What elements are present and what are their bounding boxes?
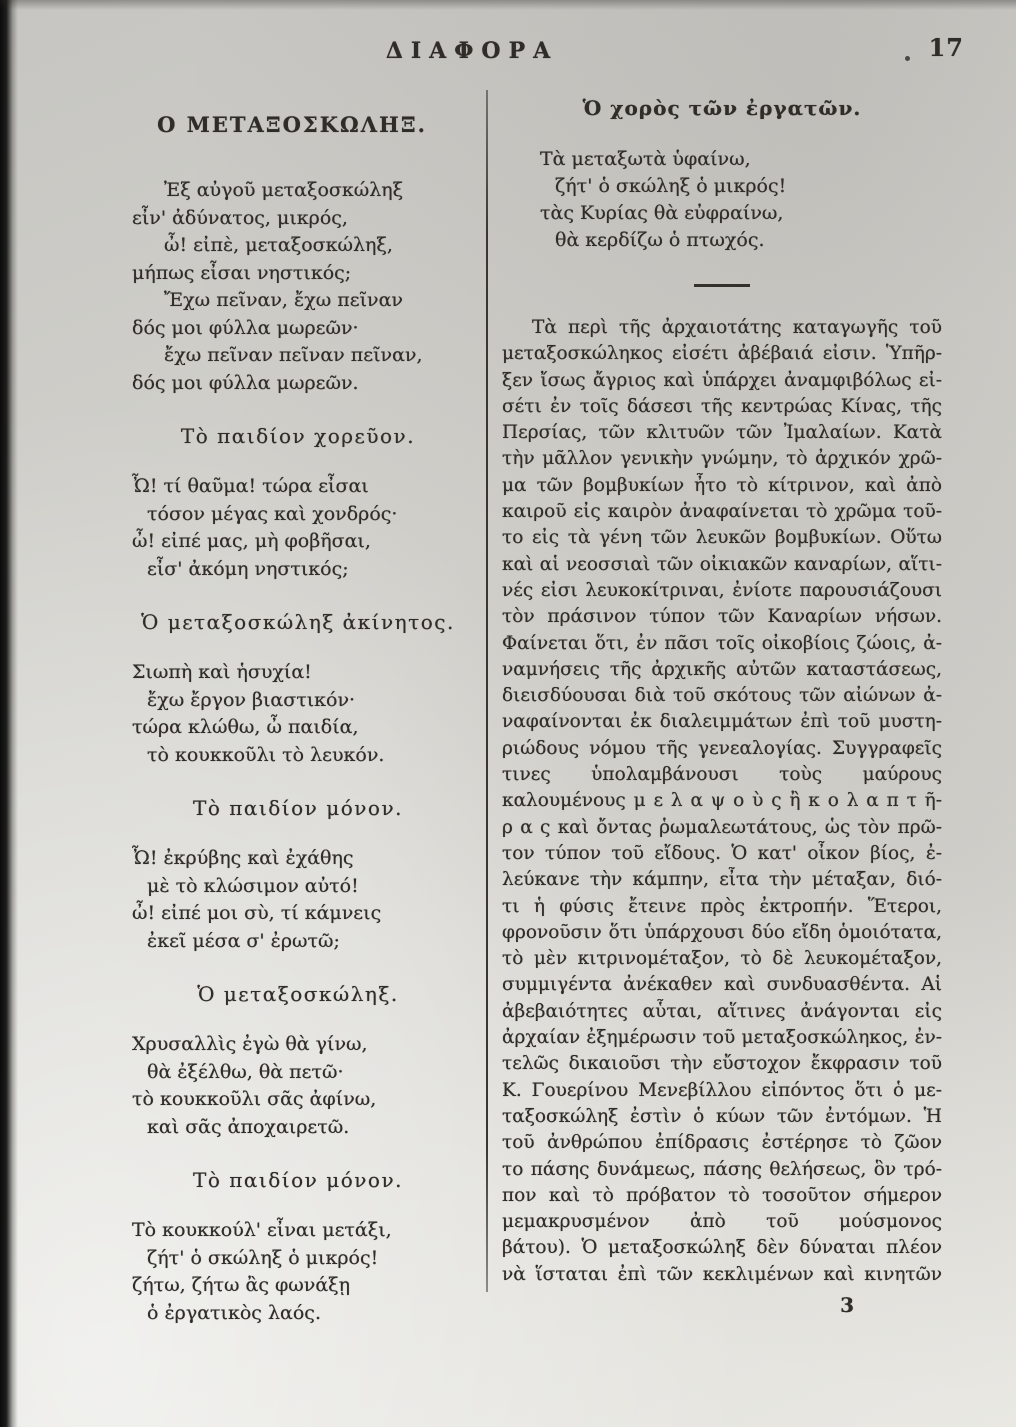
prose-line: καὶ αἱ νεοσσιαὶ τῶν οἰκιακῶν καναρίων, α…	[502, 552, 942, 578]
prose-line: σέτι ἐν τοῖς δάσεσι τῆς κεντρώας Κίνας, …	[502, 394, 942, 420]
poem-line: καὶ σᾶς ἀποχαιρετῶ.	[132, 1114, 484, 1142]
ink-spot	[905, 56, 910, 61]
poem-line: τὸ κουκκοῦλι σᾶς ἀφίνω,	[132, 1086, 484, 1114]
prose-line: τὸν πράσινον τύπον τῶν Καναρίων νήσων.	[502, 604, 942, 630]
scanned-page: ΔΙΑΦΟΡΑ 17 Ο ΜΕΤΑΞΟΣΚΩΛΗΞ. Ἐξ αὐγοῦ μετα…	[0, 0, 1016, 1427]
prose-line: ρ α ς καὶ ὄντας ῥωμαλεωτάτους, ὡς τὸν πρ…	[502, 815, 942, 841]
prose-line: λεύκανε τὴν κάμπην, εἶτα τὴν μέταξαν, δι…	[502, 867, 942, 893]
prose-line: ριώδους νόμου τῆς γενεαλογίας. Συγγραφεῖ…	[502, 736, 942, 762]
poem-line: Ὦ! ἐκρύβης καὶ ἐχάθης	[132, 845, 484, 873]
prose-line: τελῶς δικαιοῦσι τὴν εὔστοχον ἔκφρασιν το…	[502, 1051, 942, 1077]
poem-line: τὸ κουκκοῦλι τὸ λευκόν.	[132, 742, 484, 770]
prose-line: τοῦ ἀνθρώπου ἐπίδρασις ἐστέρησε τὸ ζῶον …	[502, 1130, 942, 1156]
right-column: Ὁ χορὸς τῶν ἐργατῶν. Τὰ μεταξωτὰ ὑφαίνω,…	[502, 96, 942, 1317]
poem-line: Ὦ! τί θαῦμα! τώρα εἶσαι	[132, 473, 484, 501]
prose-line: μα τῶν βομβυκίων ἦτο τὸ κίτρινον, καὶ ἀπ…	[502, 473, 942, 499]
poem-sections: Ἐξ αὐγοῦ μεταξοσκώληξεἶν' ἀδύνατος, μικρ…	[132, 177, 484, 1327]
stanza-heading: Ὁ μεταξοσκώληξ ἀκίνητος.	[112, 609, 484, 635]
right-poem-stanza: Τὰ μεταξωτὰ ὑφαίνω,ζήτ' ὁ σκώληξ ὁ μικρό…	[502, 146, 942, 254]
signature-mark: 3	[502, 1293, 942, 1317]
poem-line: Τὸ κουκκούλ' εἶναι μετάξι,	[132, 1217, 484, 1245]
poem-line: ὦ! εἰπέ μας, μὴ φοβῆσαι,	[132, 528, 484, 556]
prose-line: τὴν μᾶλλον γενικὴν γνώμην, τὸ ἀρχικόν χρ…	[502, 446, 942, 472]
poem-line: Ἔχω πεῖναν, ἔχω πεῖναν	[132, 287, 484, 315]
prose-line: βάτου). Ὁ μεταξοσκώληξ δὲν δύναται πλέον	[502, 1235, 942, 1261]
prose-line: τὸ μὲν κιτρινομέταξον, τὸ δὲ λευκομέταξο…	[502, 946, 942, 972]
stanza-heading: Ὁ μεταξοσκώληξ.	[112, 981, 484, 1007]
column-divider-rule	[486, 90, 488, 1292]
stanza: Χρυσαλλὶς ἐγὼ θὰ γίνω,θὰ ἐξέλθω, θὰ πετῶ…	[132, 1031, 484, 1141]
poem-line: Τὰ μεταξωτὰ ὑφαίνω,	[540, 146, 942, 173]
prose-line: μεταξοσκώληκος εἰσέτι ἀβέβαιά εἰσιν. Ὑπῆ…	[502, 341, 942, 367]
right-poem-heading: Ὁ χορὸς τῶν ἐργατῶν.	[502, 96, 942, 120]
poem-line: μήπως εἶσαι νηστικός;	[132, 260, 484, 288]
stanza: Ὦ! ἐκρύβης καὶ ἐχάθηςμὲ τὸ κλώσιμον αὐτό…	[132, 845, 484, 955]
left-column: Ο ΜΕΤΑΞΟΣΚΩΛΗΞ. Ἐξ αὐγοῦ μεταξοσκώληξεἶν…	[132, 112, 484, 1353]
poem-line: ἔχω πεῖναν πεῖναν πεῖναν,	[132, 342, 484, 370]
prose-line: συμμιγέντα ἀνέκαθεν καὶ συνδυασθέντα. Αἱ	[502, 972, 942, 998]
prose-line: Κ. Γουερίνου Μενεβίλλου εἰπόντος ὅτι ὁ μ…	[502, 1078, 942, 1104]
poem-line: τόσον μέγας καὶ χονδρός·	[132, 501, 484, 529]
poem-line: ζήτω, ζήτω ἂς φωνάξῃ	[132, 1272, 484, 1300]
page-number: 17	[929, 33, 964, 62]
poem-line: τώρα κλώθω, ὦ παιδία,	[132, 714, 484, 742]
prose-line: καιροῦ εἰς καιρὸν ἀναφαίνεται τὸ χρῶμα τ…	[502, 499, 942, 525]
poem-line: ζήτ' ὁ σκώληξ ὁ μικρός!	[132, 1245, 484, 1273]
poem-line: Χρυσαλλὶς ἐγὼ θὰ γίνω,	[132, 1031, 484, 1059]
poem-line: τὰς Κυρίας θὰ εὐφραίνω,	[540, 200, 942, 227]
poem-line: Σιωπὴ καὶ ἡσυχία!	[132, 659, 484, 687]
poem-line: ὦ! εἰπέ μοι σὺ, τί κάμνεις	[132, 900, 484, 928]
page-left-edge-shadow	[0, 0, 18, 1427]
prose-line: ἀρχαίαν ἐξημέρωσιν τοῦ μεταξοσκώληκος, ἐ…	[502, 1025, 942, 1051]
poem-title: Ο ΜΕΤΑΞΟΣΚΩΛΗΞ.	[102, 112, 482, 137]
prose-line: τον τύπον τοῦ εἴδους. Ὁ κατ' οἶκον βίος,…	[502, 841, 942, 867]
page-top-edge-shadow	[0, 0, 1016, 10]
stanza: Τὸ κουκκούλ' εἶναι μετάξι,ζήτ' ὁ σκώληξ …	[132, 1217, 484, 1327]
prose-line: φρονοῦσιν ὅτι ὑπάρχουσι δύο εἴδη ὁμοιότα…	[502, 920, 942, 946]
prose-line: μεμακρυσμένον ἀπὸ τοῦ μούσμονος (ἀγριοπρ…	[502, 1209, 942, 1235]
journal-title: ΔΙΑΦΟΡΑ	[0, 38, 944, 64]
prose-line: Τὰ περὶ τῆς ἀρχαιοτάτης καταγωγῆς τοῦ	[502, 315, 942, 341]
stanza: Σιωπὴ καὶ ἡσυχία!ἔχω ἔργον βιαστικόν·τώρ…	[132, 659, 484, 769]
prose-line: ξεν ἴσως ἄγριος καὶ ὑπάρχει ἀναμφιβόλως …	[502, 368, 942, 394]
poem-line: ἐκεῖ μέσα σ' ἐρωτῶ;	[132, 928, 484, 956]
stanza: Ὦ! τί θαῦμα! τώρα εἶσαιτόσον μέγας καὶ χ…	[132, 473, 484, 583]
prose-line: το εἰς τὰ γένη τῶν λευκῶν βομβυκίων. Οὕτ…	[502, 525, 942, 551]
prose-line: ναμνήσεις τῆς ἀρχικῆς αὐτῶν καταστάσεως,	[502, 657, 942, 683]
stanza: Ἐξ αὐγοῦ μεταξοσκώληξεἶν' ἀδύνατος, μικρ…	[132, 177, 484, 397]
prose-line: καλουμένους μ ε λ α ψ ο ὺ ς ἢ κ ο λ α π …	[502, 788, 942, 814]
prose-line: νὰ ἵσταται ἐπὶ τῶν κεκλιμένων καὶ κινητῶ…	[502, 1262, 942, 1288]
stanza-heading: Τὸ παιδίον μόνον.	[112, 795, 484, 821]
poem-line: θὰ κερδίζω ὁ πτωχός.	[540, 227, 942, 254]
stanza-heading: Τὸ παιδίον χορεῦον.	[112, 423, 484, 449]
prose-line: Περσίας, τῶν κλιτυῶν τῶν Ἰμαλαίων. Κατὰ	[502, 420, 942, 446]
prose-line: τι ἡ φύσις ἔτεινε πρὸς ἐκτροπήν. Ἕτεροι,	[502, 894, 942, 920]
poem-line: εἶν' ἀδύνατος, μικρός,	[132, 205, 484, 233]
prose-line: διεισδύουσαι διὰ τοῦ σκότους τῶν αἰώνων …	[502, 683, 942, 709]
poem-line: ὁ ἐργατικὸς λαός.	[132, 1300, 484, 1328]
poem-line: ἔχω ἔργον βιαστικόν·	[132, 687, 484, 715]
prose-paragraph: Τὰ περὶ τῆς ἀρχαιοτάτης καταγωγῆς τοῦμετ…	[502, 315, 942, 1288]
stanza-heading: Τὸ παιδίον μόνον.	[112, 1167, 484, 1193]
poem-line: ὦ! εἰπὲ, μεταξοσκώληξ,	[132, 232, 484, 260]
prose-line: το πάσης δυνάμεως, πάσης θελήσεως, ὃν τρ…	[502, 1157, 942, 1183]
poem-line: ζήτ' ὁ σκώληξ ὁ μικρός!	[540, 173, 942, 200]
prose-line: ταξοσκώληξ ἐστὶν ὁ κύων τῶν ἐντόμων. Ἡ	[502, 1104, 942, 1130]
poem-line: δός μοι φύλλα μωρεῶν·	[132, 315, 484, 343]
prose-line: Φαίνεται ὅτι, ἐν πᾶσι τοῖς οἰκοβίοις ζώο…	[502, 631, 942, 657]
prose-line: τινες ὑπολαμβάνουσι τοὺς μαύρους σκώληκα…	[502, 762, 942, 788]
poem-line: δός μοι φύλλα μωρεῶν.	[132, 370, 484, 398]
prose-line: νές εἰσι λευκοκίτριναι, ἐνίοτε παρουσιάζ…	[502, 578, 942, 604]
prose-line: πον καὶ τὸ πρόβατον τὸ τοσοῦτον σήμερον	[502, 1183, 942, 1209]
section-divider-dash	[694, 284, 750, 287]
poem-line: μὲ τὸ κλώσιμον αὐτό!	[132, 873, 484, 901]
prose-line: ἀβεβαιότητες αὗται, αἵτινες ἀνάγονται εἰ…	[502, 999, 942, 1025]
poem-line: Ἐξ αὐγοῦ μεταξοσκώληξ	[132, 177, 484, 205]
prose-line: ναφαίνονται ἐκ διαλειμμάτων ἐπὶ τοῦ μυστ…	[502, 709, 942, 735]
poem-line: θὰ ἐξέλθω, θὰ πετῶ·	[132, 1059, 484, 1087]
poem-line: εἶσ' ἀκόμη νηστικός;	[132, 556, 484, 584]
